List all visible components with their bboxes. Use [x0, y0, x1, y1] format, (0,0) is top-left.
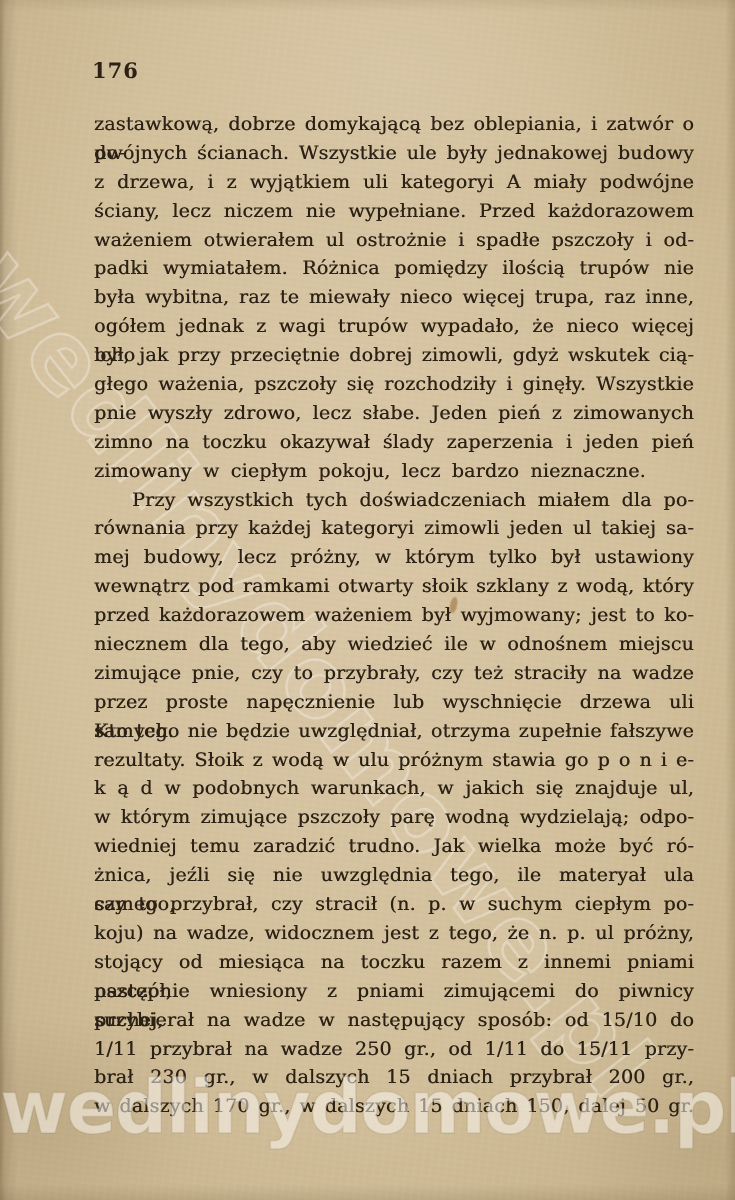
text-line: ściany, lecz niczem nie wypełniane. Prze…	[94, 197, 694, 226]
text-line: Przy wszystkich tych doświadczeniach mia…	[94, 486, 694, 515]
text-line: głego ważenia, pszczoły się rozchodziły …	[94, 370, 694, 399]
text-line: ogółem jednak z wagi trupów wypadało, że…	[94, 312, 694, 341]
text-line: brał 230 gr., w dalszych 15 dniach przyb…	[94, 1063, 694, 1092]
text-line: zimowany w ciepłym pokoju, lecz bardzo n…	[94, 457, 694, 486]
page-number: 176	[92, 58, 139, 83]
text-line: z drzewa, i z wyjątkiem uli kategoryi A …	[94, 168, 694, 197]
text-line: następnie wniesiony z pniami zimującemi …	[94, 977, 694, 1006]
text-line: k ą d w podobnych warunkach, w jakich si…	[94, 774, 694, 803]
text-line: zimno na toczku okazywał ślady zaperzeni…	[94, 428, 694, 457]
text-line: przybierał na wadze w następujący sposób…	[94, 1006, 694, 1035]
text-line: ich, jak przy przeciętnie dobrej zimowli…	[94, 341, 694, 370]
text-line: wiedniej temu zaradzić trudno. Jak wielk…	[94, 832, 694, 861]
text-line: ważeniem otwierałem ul ostrożnie i spadł…	[94, 226, 694, 255]
text-line: padki wymiatałem. Różnica pomiędzy ilośc…	[94, 254, 694, 283]
text-line: była wybitna, raz te miewały nieco więce…	[94, 283, 694, 312]
text-line: w którym zimujące pszczoły parę wodną wy…	[94, 803, 694, 832]
text-line: czy to przybrał, czy stracił (n. p. w su…	[94, 890, 694, 919]
text-line: zastawkową, dobrze domykającą bez oblepi…	[94, 110, 694, 139]
text-line: pnie wyszły zdrowo, lecz słabe. Jeden pi…	[94, 399, 694, 428]
book-page: wedlinydomowe.pl 176 zastawkową, dobrze …	[0, 0, 735, 1200]
text-line: rezultaty. Słoik z wodą w ulu próżnym st…	[94, 746, 694, 775]
text-line: niecznem dla tego, aby wiedzieć ile w od…	[94, 630, 694, 659]
text-line: koju) na wadze, widocznem jest z tego, ż…	[94, 919, 694, 948]
text-line: przez proste napęcznienie lub wyschnięci…	[94, 688, 694, 717]
text-line: równania przy każdej kategoryi zimowli j…	[94, 514, 694, 543]
text-line: żnica, jeźli się nie uwzględnia tego, il…	[94, 861, 694, 890]
text-line: przed każdorazowem ważeniem był wyjmowan…	[94, 601, 694, 630]
text-line: w dalszych 170 gr., w dalszych 15 dniach…	[94, 1092, 694, 1121]
text-line: dwójnych ścianach. Wszystkie ule były je…	[94, 139, 694, 168]
paragraph-2: Przy wszystkich tych doświadczeniach mia…	[94, 486, 694, 1122]
text-line: wewnątrz pod ramkami otwarty słoik szkla…	[94, 572, 694, 601]
paragraph-1: zastawkową, dobrze domykającą bez oblepi…	[94, 110, 694, 486]
text-line: stojący od miesiąca na toczku razem z in…	[94, 948, 694, 977]
body-text: zastawkową, dobrze domykającą bez oblepi…	[94, 110, 694, 1121]
text-line: zimujące pnie, czy to przybrały, czy też…	[94, 659, 694, 688]
text-line: Kto tego nie będzie uwzględniał, otrzyma…	[94, 717, 694, 746]
text-line: 1/11 przybrał na wadze 250 gr., od 1/11 …	[94, 1035, 694, 1064]
text-line: mej budowy, lecz próżny, w którym tylko …	[94, 543, 694, 572]
